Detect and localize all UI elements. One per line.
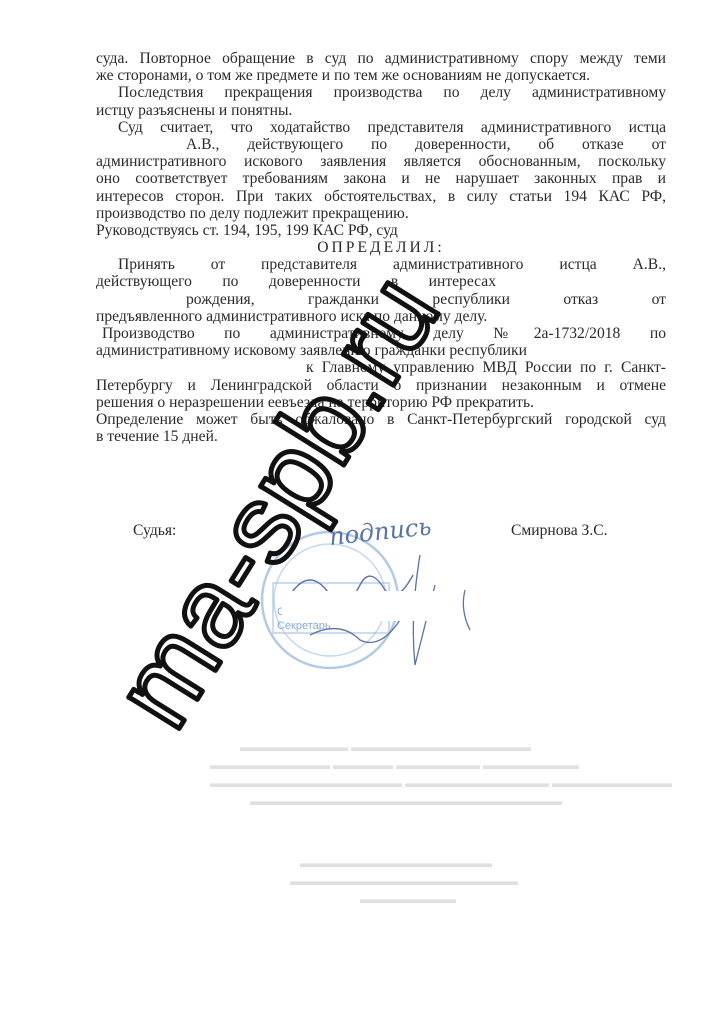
watermark-text: ma-spb.ru (89, 254, 462, 748)
document-page: суда. Повторное обращение в суд по админ… (0, 0, 720, 1024)
watermark: ma-spb.ru (0, 0, 720, 1024)
